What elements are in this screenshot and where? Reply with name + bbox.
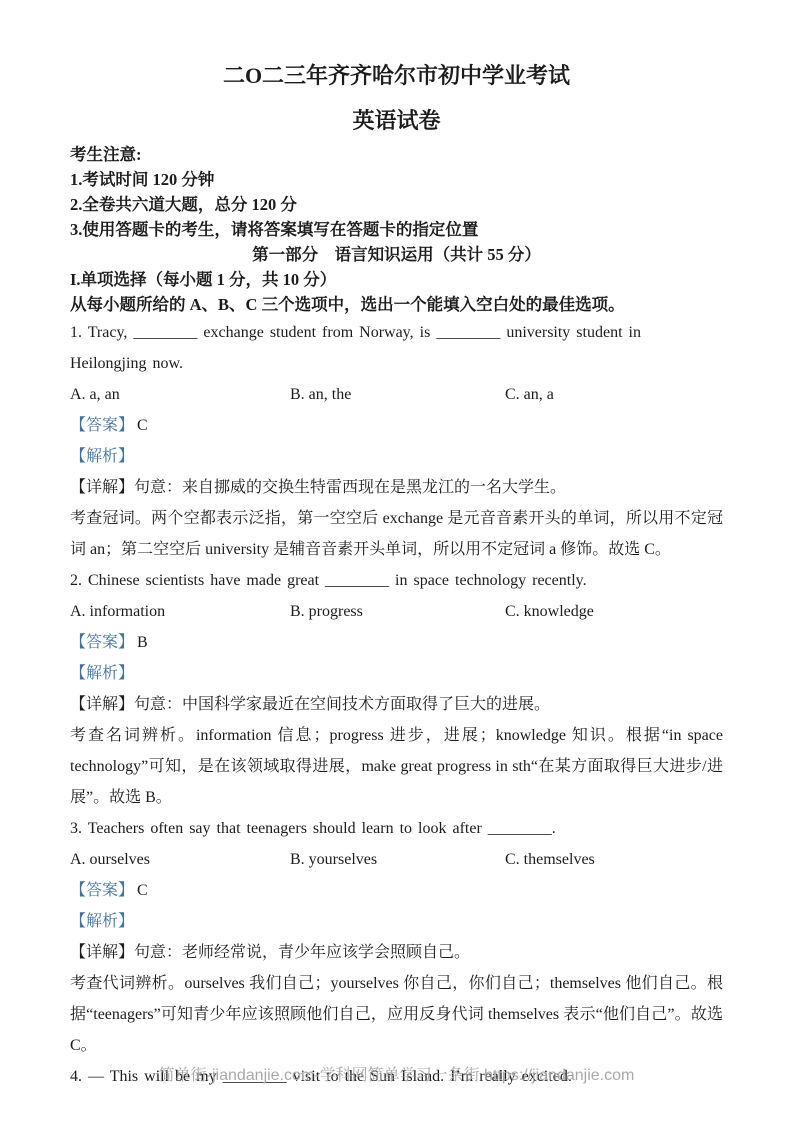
- option-c: C. knowledge: [505, 596, 723, 627]
- detail-text: 【详解】句意：老师经常说，青少年应该学会照顾自己。: [70, 937, 723, 968]
- option-b: B. an, the: [290, 379, 505, 410]
- detail-text: 【详解】句意：中国科学家最近在空间技术方面取得了巨大的进展。: [70, 689, 723, 720]
- answer-value: C: [137, 882, 148, 899]
- exam-title: 二O二三年齐齐哈尔市初中学业考试: [70, 59, 723, 93]
- exam-document-page: 二O二三年齐齐哈尔市初中学业考试 英语试卷 考生注意: 1.考试时间 120 分…: [0, 0, 793, 1092]
- notice-item-1: 1.考试时间 120 分钟: [70, 167, 723, 192]
- question-text: 2. Chinese scientists have made great __…: [70, 565, 723, 596]
- notice-item-2: 2.全卷共六道大题，总分 120 分: [70, 192, 723, 217]
- analysis-label: 【解析】: [70, 441, 723, 472]
- option-c: C. themselves: [505, 844, 723, 875]
- notice-item-3: 3.使用答题卡的考生，请将答案填写在答题卡的指定位置: [70, 217, 723, 242]
- part-heading: 第一部分 语言知识运用（共计 55 分）: [70, 242, 723, 267]
- detail-text: 【详解】句意：来自挪威的交换生特雷西现在是黑龙江的一名大学生。: [70, 472, 723, 503]
- options-row: A. information B. progress C. knowledge: [70, 596, 723, 627]
- question-text: 1. Tracy, ________ exchange student from…: [70, 317, 723, 379]
- paper-title: 英语试卷: [70, 104, 723, 138]
- option-a: A. ourselves: [70, 844, 290, 875]
- answer-label: 【答案】: [70, 634, 134, 651]
- analysis-label: 【解析】: [70, 906, 723, 937]
- section-instruction: 从每小题所给的 A、B、C 三个选项中，选出一个能填入空白处的最佳选项。: [70, 292, 723, 317]
- option-a: A. a, an: [70, 379, 290, 410]
- explanation-text: 考查名词辨析。information 信息；progress 进步，进展；kno…: [70, 720, 723, 813]
- answer-line: 【答案】C: [70, 410, 723, 441]
- analysis-label: 【解析】: [70, 658, 723, 689]
- explanation-text: 考查代词辨析。ourselves 我们自己；yourselves 你自己，你们自…: [70, 968, 723, 1061]
- options-row: A. ourselves B. yourselves C. themselves: [70, 844, 723, 875]
- options-row: A. a, an B. an, the C. an, a: [70, 379, 723, 410]
- option-b: B. progress: [290, 596, 505, 627]
- notice-heading: 考生注意:: [70, 142, 723, 167]
- answer-value: B: [137, 634, 148, 651]
- option-a: A. information: [70, 596, 290, 627]
- section-heading: I.单项选择（每小题 1 分，共 10 分）: [70, 267, 723, 292]
- option-c: C. an, a: [505, 379, 723, 410]
- answer-line: 【答案】C: [70, 875, 723, 906]
- footer-watermark: 简单街-jiandanjie.com-学科网简单学习一条街 https://ji…: [0, 1066, 793, 1086]
- answer-label: 【答案】: [70, 417, 134, 434]
- answer-value: C: [137, 417, 148, 434]
- explanation-text: 考查冠词。两个空都表示泛指，第一空空后 exchange 是元音音素开头的单词，…: [70, 503, 723, 565]
- footer-text: 简单街-jiandanjie.com-学科网简单学习一条街 https://ji…: [159, 1067, 635, 1084]
- question-block-2: 2. Chinese scientists have made great __…: [70, 565, 723, 813]
- answer-label: 【答案】: [70, 882, 134, 899]
- answer-line: 【答案】B: [70, 627, 723, 658]
- question-text: 3. Teachers often say that teenagers sho…: [70, 813, 723, 844]
- option-b: B. yourselves: [290, 844, 505, 875]
- notice-section: 考生注意: 1.考试时间 120 分钟 2.全卷共六道大题，总分 120 分 3…: [70, 142, 723, 242]
- question-block-1: 1. Tracy, ________ exchange student from…: [70, 317, 723, 565]
- question-block-3: 3. Teachers often say that teenagers sho…: [70, 813, 723, 1061]
